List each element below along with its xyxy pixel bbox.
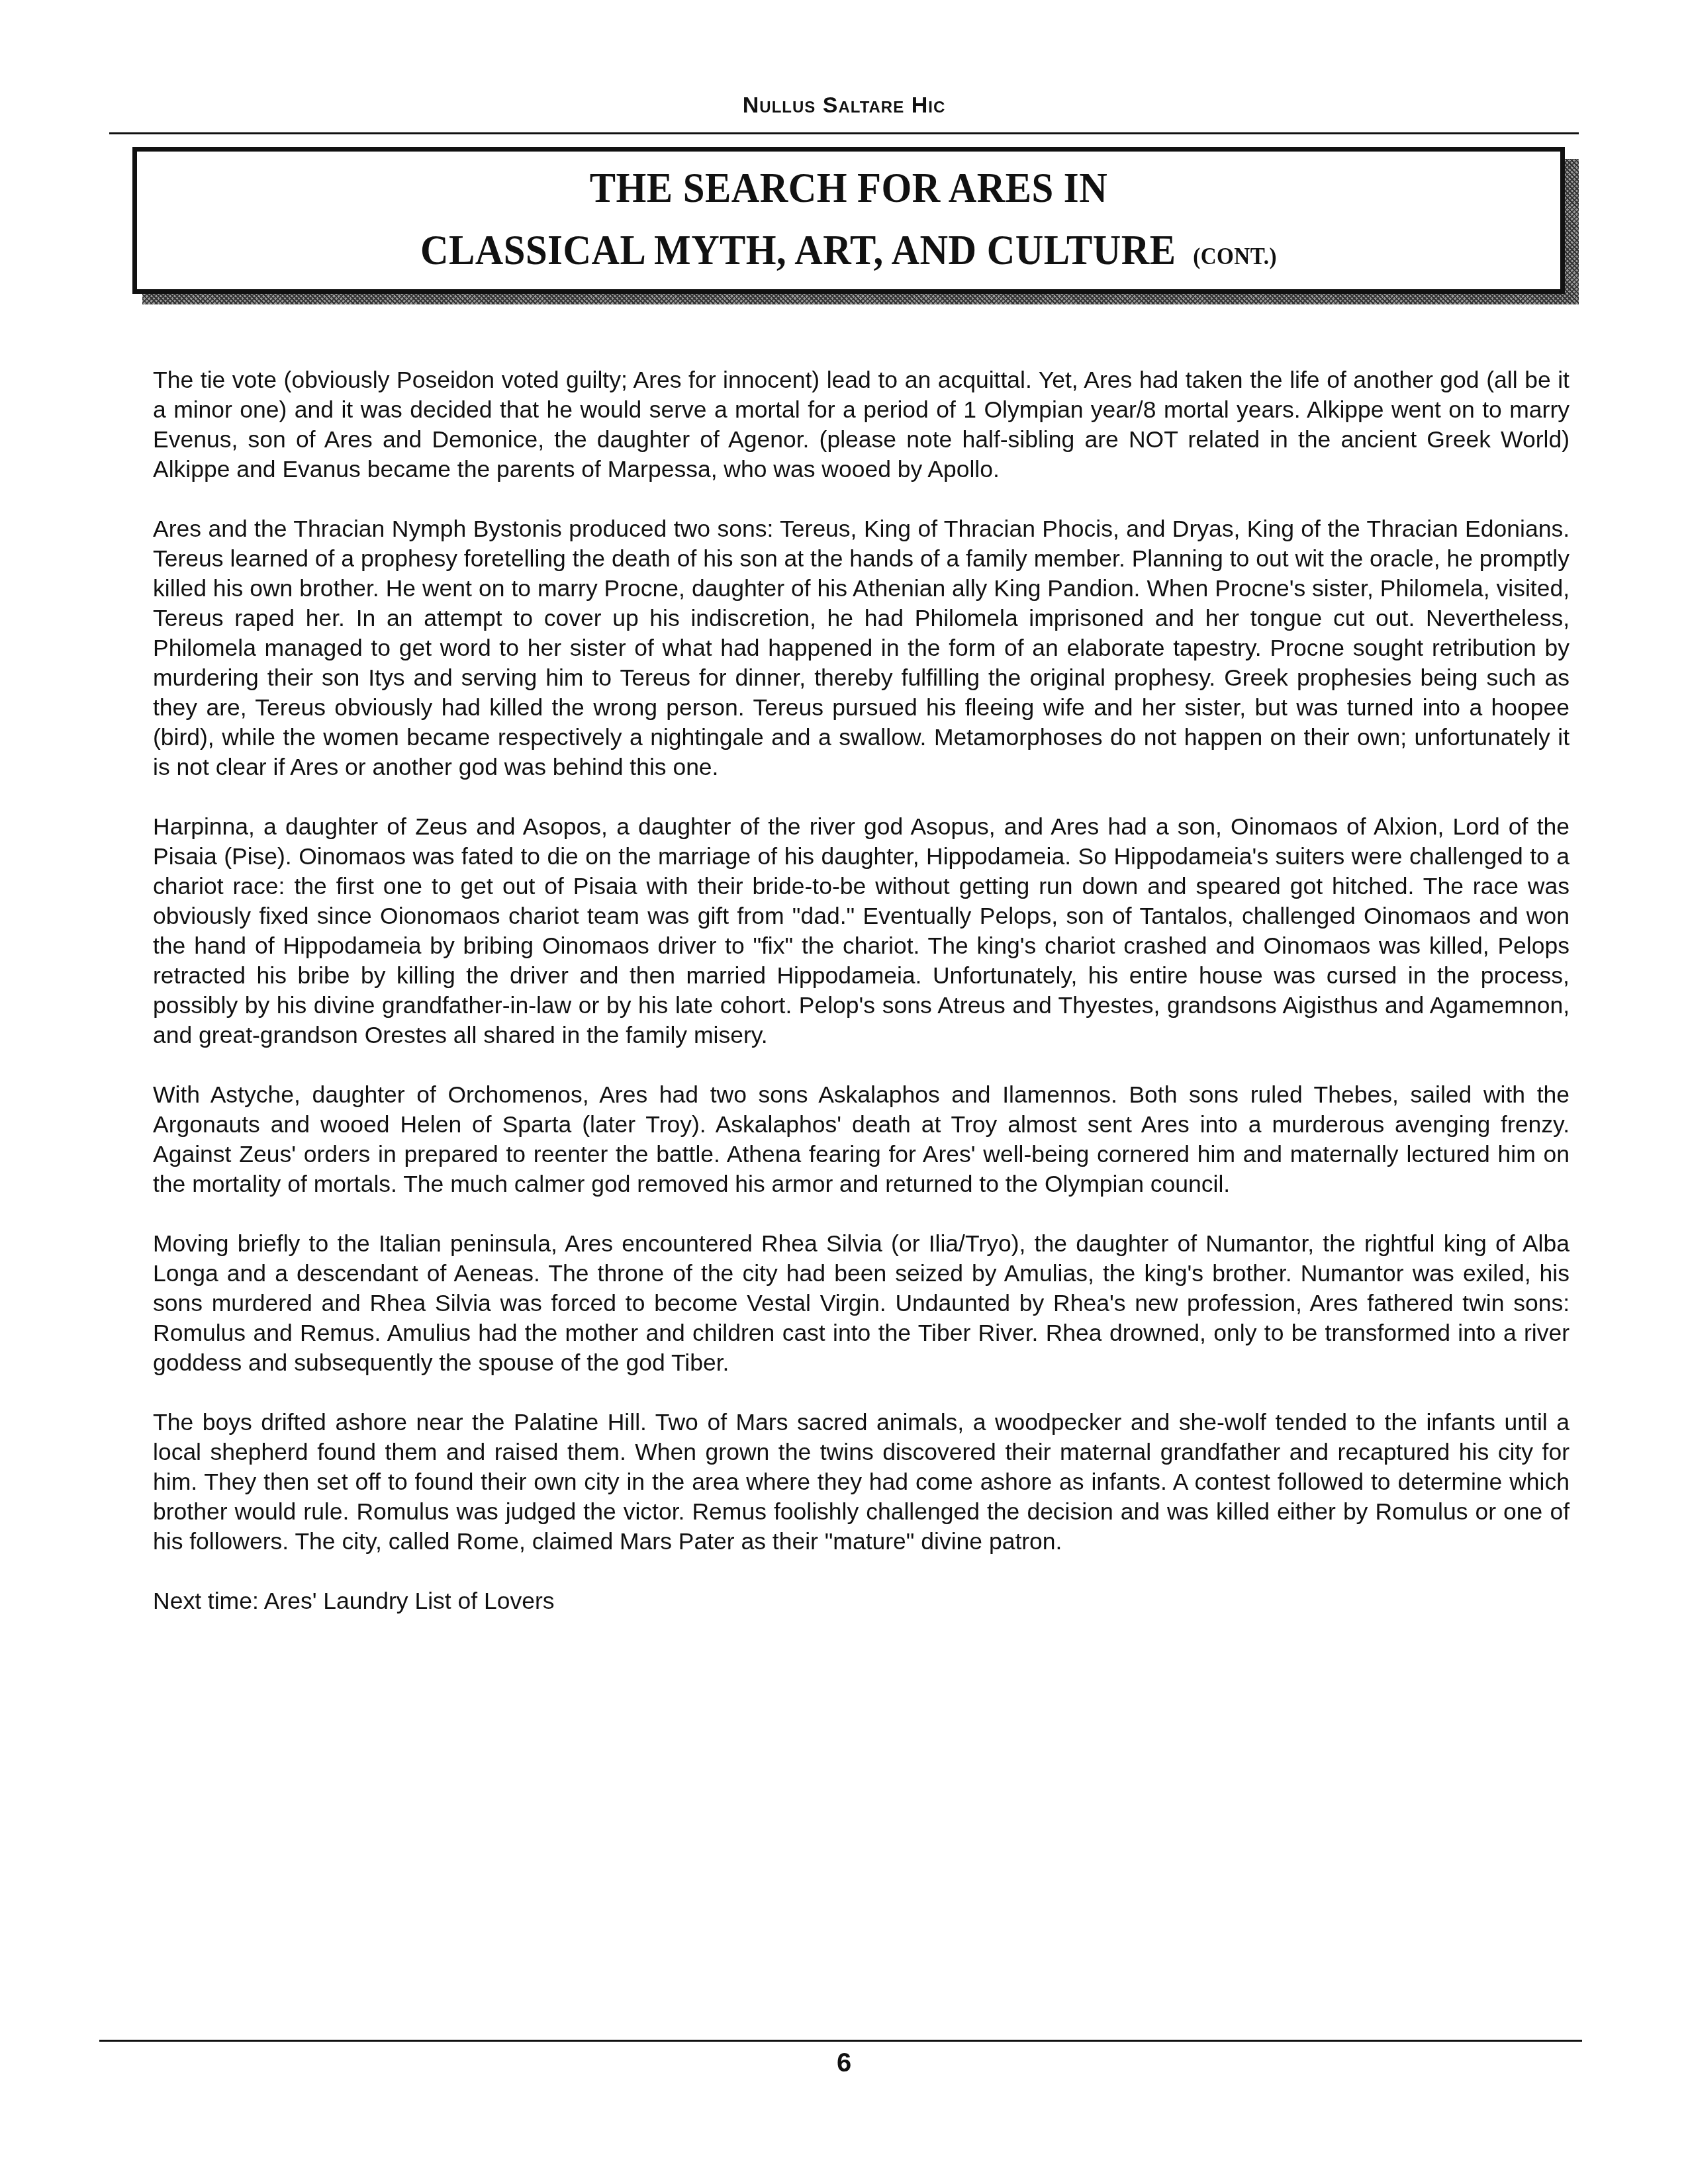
title-box: THE SEARCH FOR ARES IN CLASSICAL MYTH, A… — [132, 147, 1565, 294]
paragraph: Harpinna, a daughter of Zeus and Asopos,… — [153, 812, 1570, 1050]
page-number: 6 — [0, 2048, 1688, 2078]
header-rule — [109, 132, 1579, 134]
paragraph: With Astyche, daughter of Orchomenos, Ar… — [153, 1080, 1570, 1199]
footer-rule — [99, 2040, 1582, 2042]
paragraph: The boys drifted ashore near the Palatin… — [153, 1408, 1570, 1557]
running-head: Nullus Saltare Hic — [0, 93, 1688, 118]
title-line-2: CLASSICAL MYTH, ART, AND CULTURE(CONT.) — [194, 226, 1503, 275]
paragraph: Ares and the Thracian Nymph Bystonis pro… — [153, 514, 1570, 782]
paragraph: The tie vote (obviously Poseidon voted g… — [153, 365, 1570, 484]
title-line-1: THE SEARCH FOR ARES IN — [194, 163, 1503, 212]
article-body: The tie vote (obviously Poseidon voted g… — [153, 365, 1570, 1646]
next-time-note: Next time: Ares' Laundry List of Lovers — [153, 1586, 1570, 1616]
title-line-2-text: CLASSICAL MYTH, ART, AND CULTURE — [420, 226, 1176, 273]
title-cont-suffix: (CONT.) — [1193, 243, 1277, 269]
paragraph: Moving briefly to the Italian peninsula,… — [153, 1229, 1570, 1378]
